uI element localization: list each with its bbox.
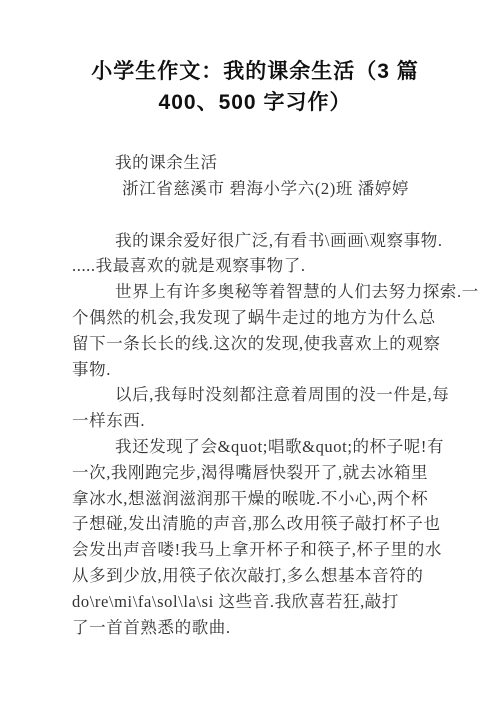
text-line: 会发出声音喽!我马上拿开杯子和筷子,杯子里的水 [72, 537, 438, 563]
text-line: 子想碰,发出清脆的声音,那么改用筷子敲打杯子也 [72, 511, 438, 537]
text-line: 个偶然的机会,我发现了蜗牛走过的地方为什么总 [72, 305, 438, 331]
text-line: 一样东西. [72, 408, 438, 434]
document-page: 小学生作文：我的课余生活（3 篇 400、500 字习作） 我的课余生活浙江省慈… [0, 0, 500, 707]
text-line: 我还发现了会&quot;唱歌&quot;的杯子呢!有 [72, 434, 438, 460]
essay-body: 我的课余爱好很广泛,有看书\画画\观察事物......我最喜欢的就是观察事物了.… [72, 228, 438, 641]
title-line-2: 400、500 字习作） [72, 87, 438, 118]
text-line: 世界上有许多奥秘等着智慧的人们去努力探索.一 [72, 279, 438, 305]
text-line: 拿冰水,想滋润滋润那干燥的喉咙.不小心,两个杯 [72, 486, 438, 512]
text-line: 浙江省慈溪市 碧海小学六(2)班 潘婷婷 [72, 176, 438, 202]
text-line: 从多到少放,用筷子依次敲打,多么想基本音符的 [72, 563, 438, 589]
paragraph-gap [72, 202, 438, 228]
title-line-1: 小学生作文：我的课余生活（3 篇 [72, 56, 438, 87]
text-line: .....我最喜欢的就是观察事物了. [72, 253, 438, 279]
text-line: 事物. [72, 357, 438, 383]
text-line: 了一首首熟悉的歌曲. [72, 615, 438, 641]
essay-header: 我的课余生活浙江省慈溪市 碧海小学六(2)班 潘婷婷 [72, 150, 438, 202]
text-line: 留下一条长长的线.这次的发现,使我喜欢上的观察 [72, 331, 438, 357]
document-title: 小学生作文：我的课余生活（3 篇 400、500 字习作） [72, 56, 438, 118]
text-line: do\re\mi\fa\sol\la\si 这些音.我欣喜若狂,敲打 [72, 589, 438, 615]
text-line: 我的课余生活 [72, 150, 438, 176]
text-line: 一次,我刚跑完步,渴得嘴唇快裂开了,就去冰箱里 [72, 460, 438, 486]
text-line: 以后,我每时没刻都注意着周围的没一件是,每 [72, 382, 438, 408]
text-line: 我的课余爱好很广泛,有看书\画画\观察事物. [72, 228, 438, 254]
